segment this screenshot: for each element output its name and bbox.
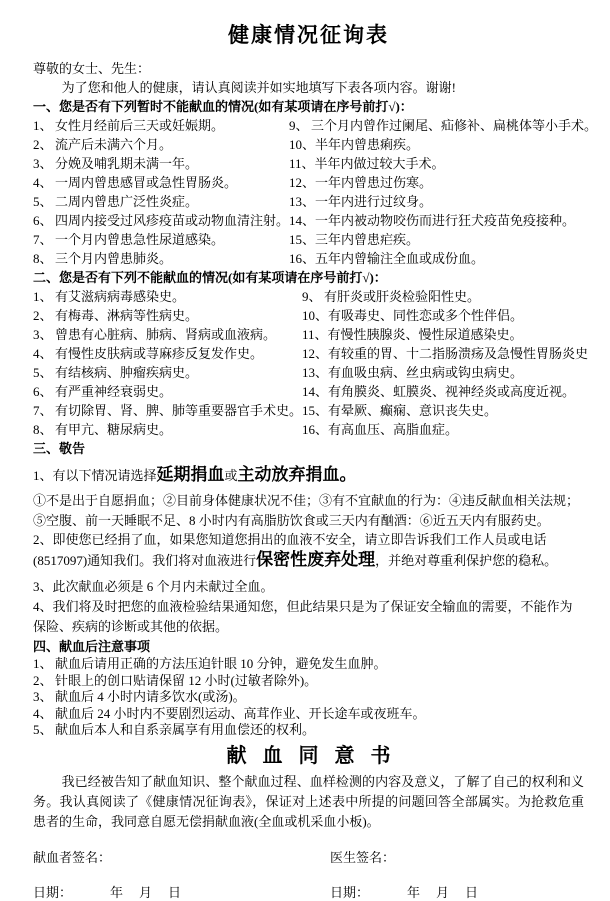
- questionnaire-item: 5、 有结核病、肿瘤疾病史。: [33, 363, 302, 382]
- item1-prefix: 1、有以下情况请选择: [33, 468, 157, 483]
- item-text: 有慢性皮肤病或荨麻疹反复发作史。: [55, 344, 302, 363]
- aftercare-item: 1、 献血后请用正确的方法压迫针眼 10 分钟，避免发生血肿。: [33, 656, 584, 673]
- questionnaire-item: 15、 三年内曾患疟疾。: [289, 230, 597, 249]
- section2-heading: 二、您是否有下列不能献血的情况(如有某项请在序号前打√)：: [33, 268, 584, 287]
- item-text: 半年内做过较大手术。: [315, 154, 597, 173]
- questionnaire-item: 16、 有高血压、高脂血症。: [302, 420, 588, 439]
- section1-heading: 一、您是否有下列暂时不能献血的情况(如有某项请在序号前打√)：: [33, 97, 584, 116]
- item-text: 有晕厥、癫痫、意识丧失史。: [328, 401, 588, 420]
- item-text: 一年内被动物咬伤而进行狂犬疫苗免疫接种。: [315, 211, 597, 230]
- item-number: 14、: [289, 211, 315, 230]
- questionnaire-item: 2、 有梅毒、淋病等性病史。: [33, 306, 302, 325]
- item-number: 14、: [302, 382, 328, 401]
- section2-items: 1、 有艾滋病病毒感染史。 2、 有梅毒、淋病等性病史。 3、 曾患有心脏病、肺…: [33, 287, 584, 439]
- item-text: 献血后本人和自系亲属享有用血偿还的权利。: [55, 722, 315, 739]
- item-text: 有结核病、肿瘤疾病史。: [55, 363, 302, 382]
- section3-item3: 3、此次献血必须是 6 个月内未献过全血。: [33, 577, 584, 597]
- item2-part2: ，并绝对尊重利保护您的稳私。: [375, 553, 557, 568]
- section3-note-line1: ①不是出于自愿捐血；②目前身体健康状况不佳；③有不宜献血的行为：④违反献血相关法…: [33, 491, 584, 511]
- questionnaire-item: 4、 有慢性皮肤病或荨麻疹反复发作史。: [33, 344, 302, 363]
- item-number: 2、: [33, 673, 55, 690]
- item-number: 1、: [33, 287, 55, 306]
- section2-right-column: 9、 有肝炎或肝炎检验阳性史。 10、 有吸毒史、同性恋或多个性伴侣。 11、 …: [302, 287, 588, 439]
- item-text: 四周内接受过风疹疫苗或动物血清注射。: [55, 211, 289, 230]
- item-number: 16、: [302, 420, 328, 439]
- item-number: 12、: [289, 173, 315, 192]
- item-number: 2、: [33, 306, 55, 325]
- item2-big-confidential-disposal: 保密性废弃处理: [256, 550, 375, 569]
- item-text: 有较重的胃、十二指肠溃疡及急慢性胃肠炎史: [328, 344, 588, 363]
- item-text: 有肝炎或肝炎检验阳性史。: [324, 287, 588, 306]
- item-number: 11、: [302, 325, 328, 344]
- item-text: 有慢性胰腺炎、慢性尿道感染史。: [328, 325, 589, 344]
- questionnaire-item: 13、 一年内进行过纹身。: [289, 192, 597, 211]
- section1-right-column: 9、 三个月内曾作过阑尾、疝修补、扁桃体等小手术。 10、 半年内曾患痢疾。 1…: [289, 116, 597, 268]
- section2-left-column: 1、 有艾滋病病毒感染史。 2、 有梅毒、淋病等性病史。 3、 曾患有心脏病、肺…: [33, 287, 302, 439]
- item-number: 5、: [33, 722, 55, 739]
- consent-title: 献血同意书: [33, 747, 584, 766]
- day-label: 日: [168, 883, 181, 901]
- item-number: 4、: [33, 173, 55, 192]
- item-number: 10、: [302, 306, 328, 325]
- item-text: 一年内曾患过伤寒。: [315, 173, 597, 192]
- item-number: 3、: [33, 154, 55, 173]
- item-text: 有切除胃、肾、脾、肺等重要器官手术史。: [55, 401, 302, 420]
- item-text: 献血后 4 小时内请多饮水(或汤)。: [55, 689, 246, 706]
- item-text: 有角膜炎、虹膜炎、视神经炎或高度近视。: [328, 382, 588, 401]
- item-text: 有血吸虫病、丝虫病或钩虫病史。: [328, 363, 588, 382]
- section3-item2: 2、即使您已经捐了血，如果您知道您捐出的血液不安全，请立即告诉我们工作人员或电话…: [33, 530, 584, 571]
- section3-item1: 1、有以下情况请选择延期捐血或主动放弃捐血。: [33, 463, 584, 488]
- month-label: 月: [139, 883, 152, 901]
- item-text: 献血后请用正确的方法压迫针眼 10 分钟，避免发生血肿。: [55, 656, 387, 673]
- page-title: 健康情况征询表: [33, 26, 584, 45]
- item-number: 13、: [289, 192, 315, 211]
- doctor-signature-label: 医生签名：: [330, 848, 395, 867]
- section4-items: 1、 献血后请用正确的方法压迫针眼 10 分钟，避免发生血肿。 2、 针眼上的创…: [33, 656, 584, 739]
- item-number: 16、: [289, 249, 315, 268]
- item-number: 6、: [33, 382, 55, 401]
- donor-date-line: 日期：年月日: [33, 883, 330, 901]
- questionnaire-item: 1、 女性月经前后三天或妊娠期。: [33, 116, 289, 135]
- item-number: 7、: [33, 401, 55, 420]
- date-row: 日期：年月日 日期：年月日: [33, 883, 584, 901]
- item-text: 分娩及哺乳期未满一年。: [55, 154, 289, 173]
- item-number: 8、: [33, 249, 55, 268]
- questionnaire-item: 14、 有角膜炎、虹膜炎、视神经炎或高度近视。: [302, 382, 588, 401]
- questionnaire-item: 8、 三个月内曾患肺炎。: [33, 249, 289, 268]
- section3-note-line2: ⑤空腹、前一天睡眠不足、8 小时内有高脂肪饮食或三天内有酗酒：⑥近五天内有服药史…: [33, 511, 584, 531]
- item-text: 有甲亢、糖尿病史。: [55, 420, 302, 439]
- item-text: 针眼上的创口贴请保留 12 小时(过敏者除外)。: [55, 673, 317, 690]
- item-number: 9、: [302, 287, 324, 306]
- item-text: 一个月内曾患急性尿道感染。: [55, 230, 289, 249]
- intro-text: 为了您和他人的健康，请认真阅读并如实地填写下表各项内容。谢谢!: [33, 78, 584, 97]
- item-text: 有吸毒史、同性恋或多个性伴侣。: [328, 306, 588, 325]
- questionnaire-item: 3、 分娩及哺乳期未满一年。: [33, 154, 289, 173]
- item-number: 8、: [33, 420, 55, 439]
- signature-row: 献血者签名： 医生签名：: [33, 848, 584, 867]
- item-text: 一年内进行过纹身。: [315, 192, 597, 211]
- item-number: 1、: [33, 656, 55, 673]
- item-number: 5、: [33, 363, 55, 382]
- questionnaire-item: 3、 曾患有心脏病、肺病、肾病或血液病。: [33, 325, 302, 344]
- item-number: 15、: [289, 230, 315, 249]
- questionnaire-item: 8、 有甲亢、糖尿病史。: [33, 420, 302, 439]
- questionnaire-item: 12、 一年内曾患过伤寒。: [289, 173, 597, 192]
- item-number: 4、: [33, 344, 55, 363]
- section3-body: 1、有以下情况请选择延期捐血或主动放弃捐血。 ①不是出于自愿捐血；②目前身体健康…: [33, 463, 584, 637]
- questionnaire-item: 7、 有切除胃、肾、脾、肺等重要器官手术史。: [33, 401, 302, 420]
- aftercare-item: 2、 针眼上的创口贴请保留 12 小时(过敏者除外)。: [33, 673, 584, 690]
- salutation-text: 尊敬的女士、先生：: [33, 59, 584, 78]
- item-text: 五年内曾输注全血或成份血。: [315, 249, 597, 268]
- item-number: 10、: [289, 135, 315, 154]
- questionnaire-item: 14、 一年内被动物咬伤而进行狂犬疫苗免疫接种。: [289, 211, 597, 230]
- item-number: 3、: [33, 325, 55, 344]
- item-text: 流产后未满六个月。: [55, 135, 289, 154]
- section3-item4: 4、我们将及时把您的血液检验结果通知您，但此结果只是为了保证安全输血的需要，不能…: [33, 597, 584, 637]
- year-label: 年: [407, 883, 420, 901]
- item1-mid: 或: [225, 468, 238, 483]
- item1-period: 。: [340, 465, 357, 484]
- questionnaire-item: 1、 有艾滋病病毒感染史。: [33, 287, 302, 306]
- section4-heading: 四、献血后注意事项: [33, 637, 584, 656]
- item1-big-abandon-donation: 主动放弃捐血: [238, 465, 340, 484]
- aftercare-item: 3、 献血后 4 小时内请多饮水(或汤)。: [33, 689, 584, 706]
- item-text: 三个月内曾患肺炎。: [55, 249, 289, 268]
- item-text: 女性月经前后三天或妊娠期。: [55, 116, 289, 135]
- questionnaire-item: 2、 流产后未满六个月。: [33, 135, 289, 154]
- questionnaire-item: 13、 有血吸虫病、丝虫病或钩虫病史。: [302, 363, 588, 382]
- item-number: 2、: [33, 135, 55, 154]
- item-number: 3、: [33, 689, 55, 706]
- date-label: 日期：: [33, 883, 72, 901]
- aftercare-item: 5、 献血后本人和自系亲属享有用血偿还的权利。: [33, 722, 584, 739]
- item-text: 半年内曾患痢疾。: [315, 135, 597, 154]
- item-text: 一周内曾患感冒或急性胃肠炎。: [55, 173, 289, 192]
- item1-big-defer-donation: 延期捐血: [157, 465, 225, 484]
- aftercare-item: 4、 献血后 24 小时内不要剧烈运动、高茸作业、开长途车或夜班车。: [33, 706, 584, 723]
- item-text: 曾患有心脏病、肺病、肾病或血液病。: [55, 325, 302, 344]
- year-label: 年: [110, 883, 123, 901]
- section3-heading: 三、敬告: [33, 439, 584, 458]
- questionnaire-item: 11、 有慢性胰腺炎、慢性尿道感染史。: [302, 325, 588, 344]
- item-number: 4、: [33, 706, 55, 723]
- item-text: 献血后 24 小时内不要剧烈运动、高茸作业、开长途车或夜班车。: [55, 706, 426, 723]
- questionnaire-item: 6、 有严重神经衰弱史。: [33, 382, 302, 401]
- questionnaire-item: 6、 四周内接受过风疹疫苗或动物血清注射。: [33, 211, 289, 230]
- item-text: 三年内曾患疟疾。: [315, 230, 597, 249]
- item-text: 有梅毒、淋病等性病史。: [55, 306, 302, 325]
- item-text: 有艾滋病病毒感染史。: [55, 287, 302, 306]
- questionnaire-item: 11、 半年内做过较大手术。: [289, 154, 597, 173]
- item-number: 11、: [289, 154, 315, 173]
- day-label: 日: [465, 883, 478, 901]
- donor-signature-label: 献血者签名：: [33, 848, 330, 867]
- item-text: 三个月内曾作过阑尾、疝修补、扁桃体等小手术。: [311, 116, 597, 135]
- questionnaire-item: 9、 三个月内曾作过阑尾、疝修补、扁桃体等小手术。: [289, 116, 597, 135]
- item-number: 6、: [33, 211, 55, 230]
- item-number: 12、: [302, 344, 328, 363]
- item-text: 二周内曾患广泛性炎症。: [55, 192, 289, 211]
- item-number: 13、: [302, 363, 328, 382]
- item-number: 1、: [33, 116, 55, 135]
- questionnaire-item: 4、 一周内曾患感冒或急性胃肠炎。: [33, 173, 289, 192]
- item-number: 7、: [33, 230, 55, 249]
- section1-items: 1、 女性月经前后三天或妊娠期。 2、 流产后未满六个月。 3、 分娩及哺乳期未…: [33, 116, 584, 268]
- section1-left-column: 1、 女性月经前后三天或妊娠期。 2、 流产后未满六个月。 3、 分娩及哺乳期未…: [33, 116, 289, 268]
- month-label: 月: [436, 883, 449, 901]
- questionnaire-item: 7、 一个月内曾患急性尿道感染。: [33, 230, 289, 249]
- questionnaire-item: 5、 二周内曾患广泛性炎症。: [33, 192, 289, 211]
- doctor-date-line: 日期：年月日: [330, 883, 478, 901]
- questionnaire-item: 10、 半年内曾患痢疾。: [289, 135, 597, 154]
- health-inquiry-form-page: 健康情况征询表 尊敬的女士、先生： 为了您和他人的健康，请认真阅读并如实地填写下…: [0, 0, 610, 901]
- questionnaire-item: 9、 有肝炎或肝炎检验阳性史。: [302, 287, 588, 306]
- item-text: 有高血压、高脂血症。: [328, 420, 588, 439]
- item-number: 5、: [33, 192, 55, 211]
- questionnaire-item: 16、 五年内曾输注全血或成份血。: [289, 249, 597, 268]
- questionnaire-item: 12、 有较重的胃、十二指肠溃疡及急慢性胃肠炎史: [302, 344, 588, 363]
- consent-body: 我已经被告知了献血知识、整个献血过程、血样检测的内容及意义，了解了自己的权利和义…: [33, 772, 584, 832]
- item-number: 9、: [289, 116, 311, 135]
- item-text: 有严重神经衰弱史。: [55, 382, 302, 401]
- questionnaire-item: 10、 有吸毒史、同性恋或多个性伴侣。: [302, 306, 588, 325]
- item-number: 15、: [302, 401, 328, 420]
- date-label: 日期：: [330, 883, 369, 901]
- questionnaire-item: 15、 有晕厥、癫痫、意识丧失史。: [302, 401, 588, 420]
